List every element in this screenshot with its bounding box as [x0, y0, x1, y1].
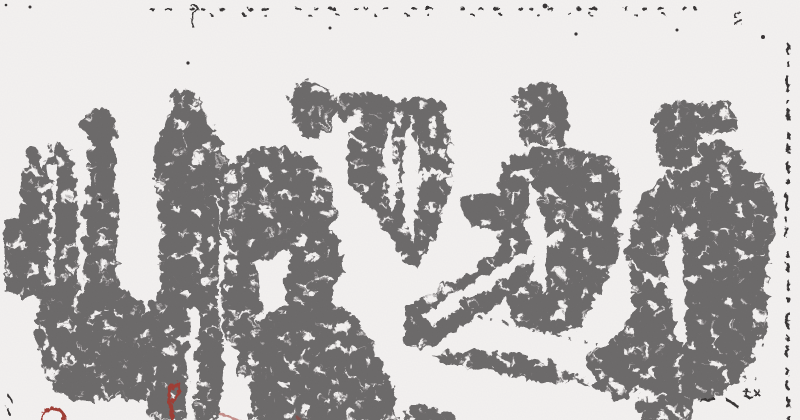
rubbing-canvas: [0, 0, 800, 420]
paper-grain-overlay: [0, 0, 800, 420]
rubbing-image: [0, 0, 800, 420]
